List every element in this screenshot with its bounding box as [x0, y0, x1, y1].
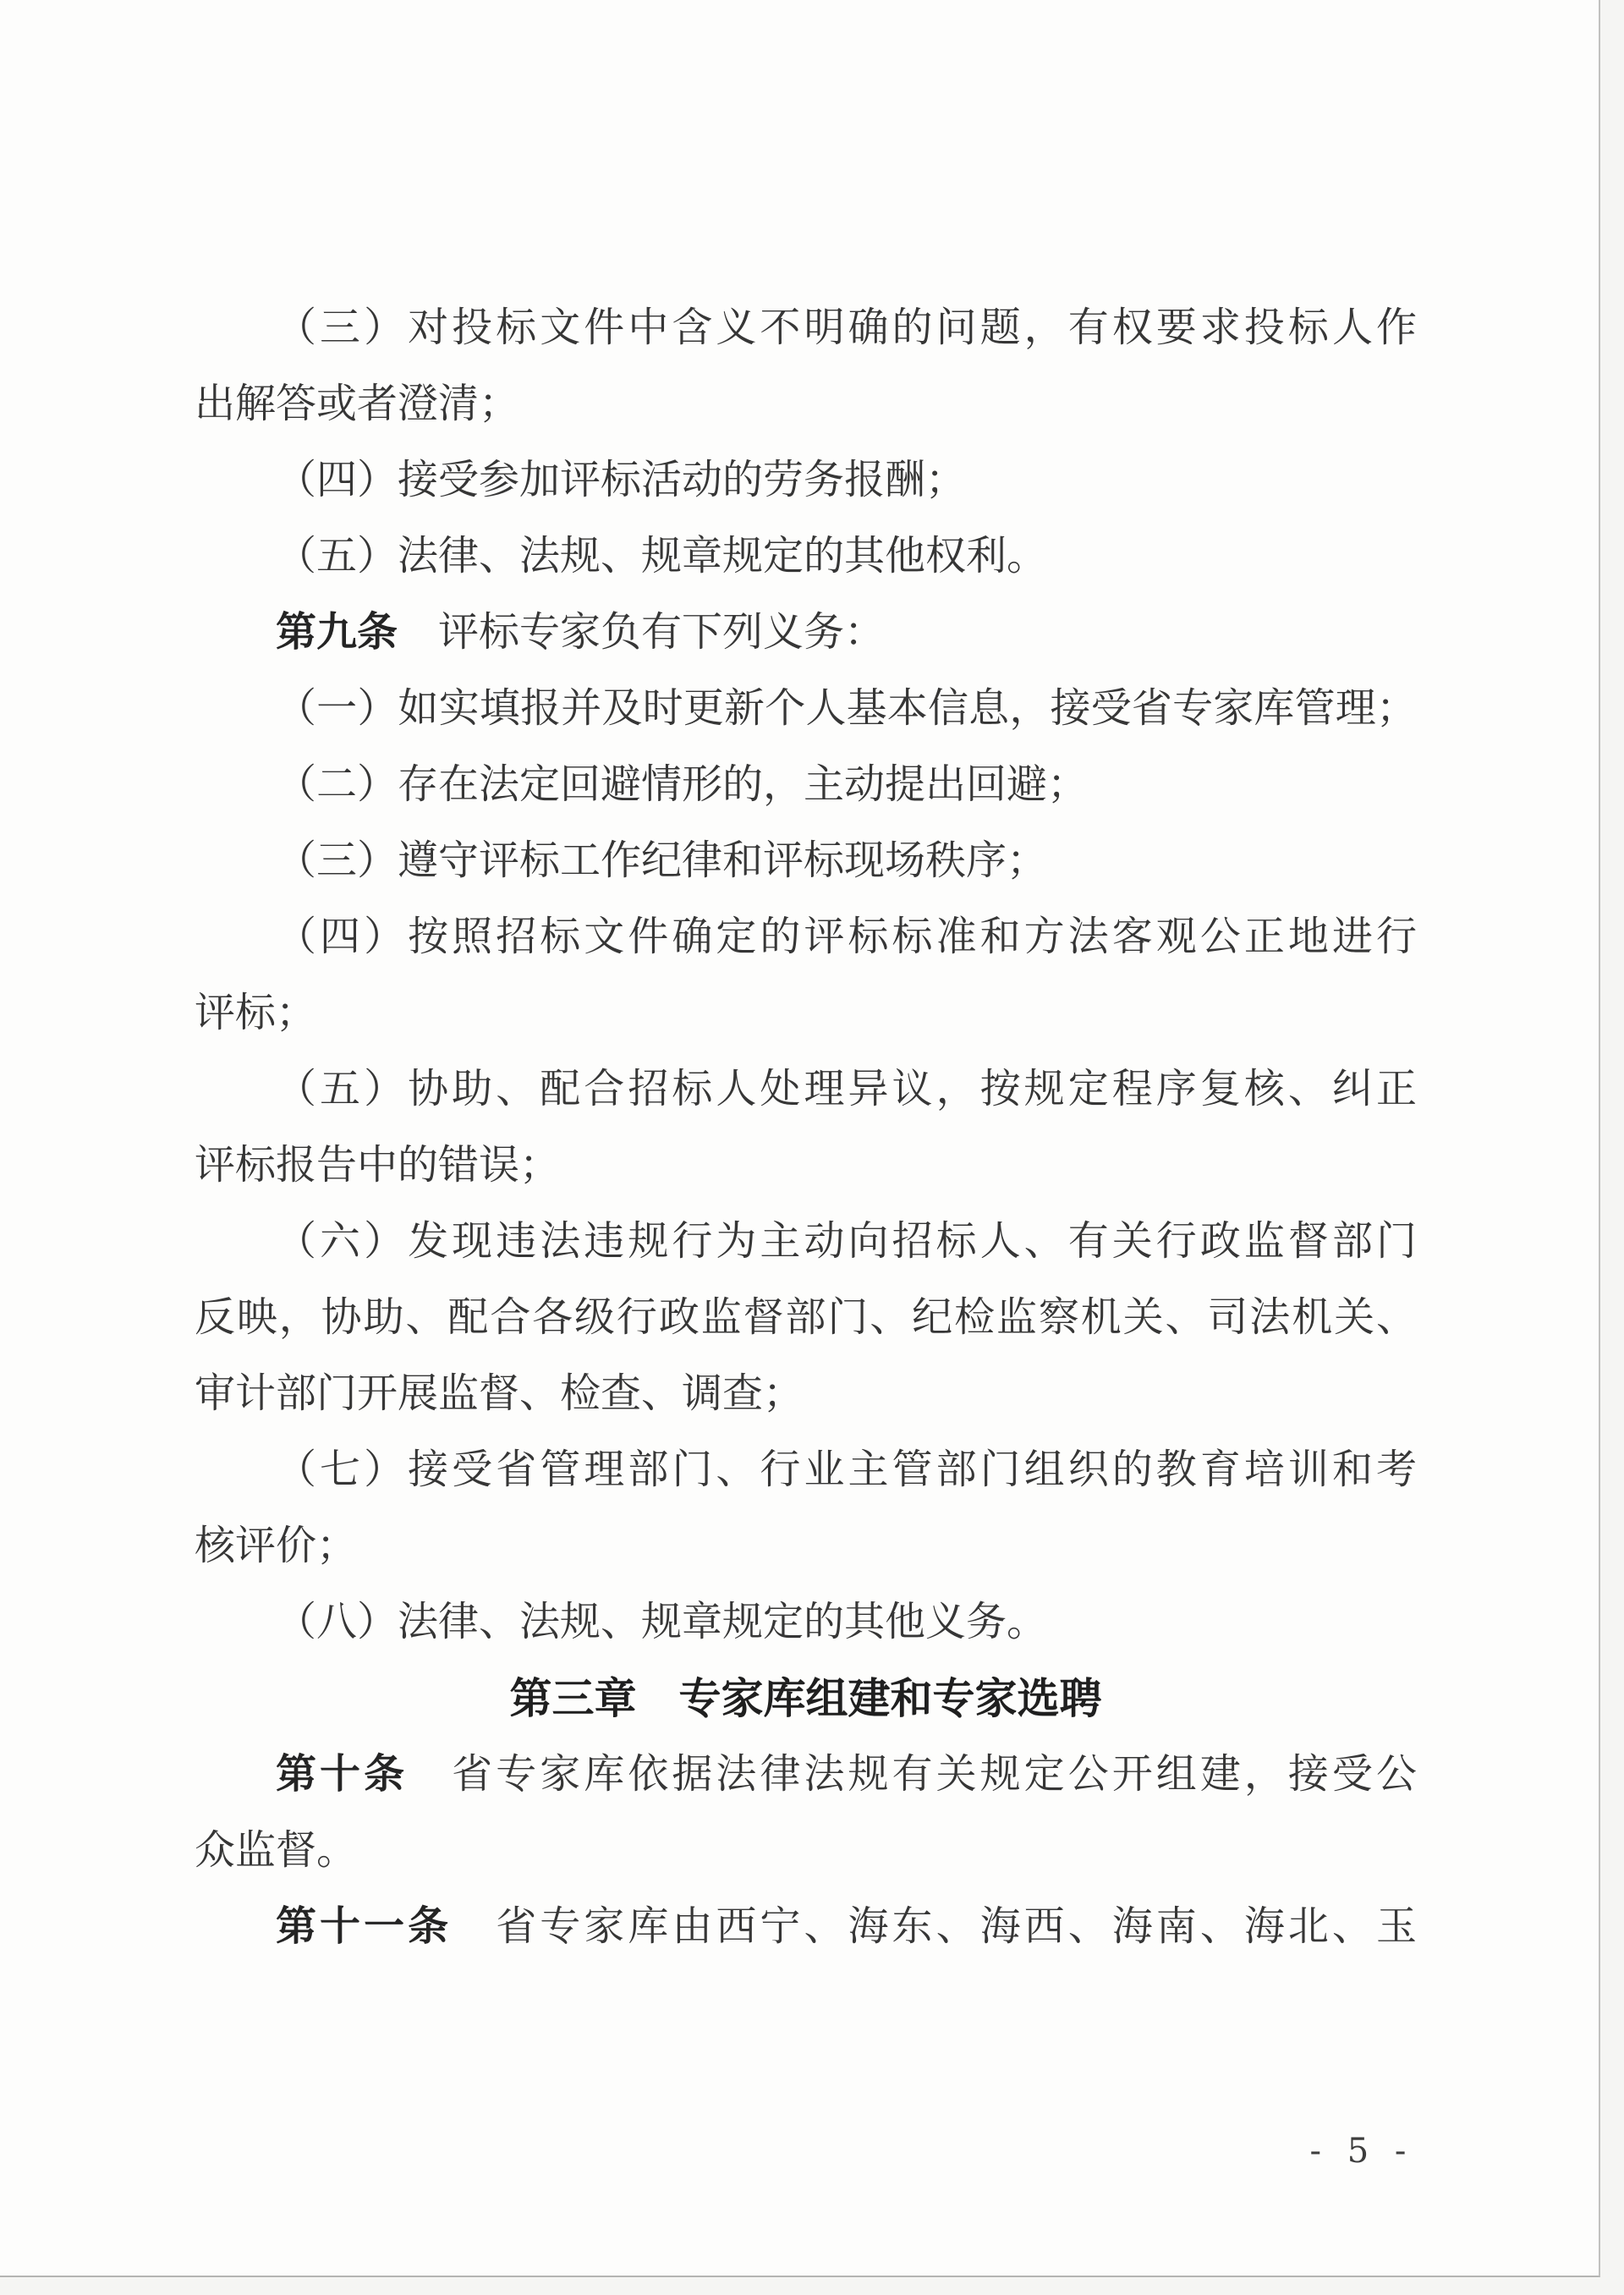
text-line: （七）接受省管理部门、行业主管部门组织的教育培训和考 [195, 1432, 1417, 1508]
article-number: 第十条 [276, 1752, 408, 1797]
text-line: 第十条 省专家库依据法律法规有关规定公开组建，接受公 [195, 1737, 1417, 1813]
article-number: 第九条 [276, 610, 398, 655]
line-text: （八）法律、法规、规章规定的其他义务。 [276, 1600, 1047, 1644]
text-line: 第九条 评标专家负有下列义务： [195, 595, 1417, 671]
line-text: （五）协助、配合招标人处理异议，按规定程序复核、纠正 [276, 1067, 1417, 1112]
line-text: 评标专家负有下列义务： [438, 610, 885, 655]
text-line: （一）如实填报并及时更新个人基本信息，接受省专家库管理； [195, 671, 1417, 747]
text-line: （五）法律、法规、规章规定的其他权利。 [195, 519, 1417, 595]
line-text: （七）接受省管理部门、行业主管部门组织的教育培训和考 [276, 1447, 1417, 1492]
line-text: 省专家库依据法律法规有关规定公开组建，接受公 [452, 1752, 1417, 1797]
text-line: （四）按照招标文件确定的评标标准和方法客观公正地进行 [195, 899, 1417, 975]
line-text: （一）如实填报并及时更新个人基本信息，接受省专家库管理； [276, 686, 1417, 731]
text-line: 第十一条 省专家库由西宁、海东、海西、海南、海北、玉 [195, 1889, 1417, 1965]
line-text: 核评价； [195, 1524, 357, 1568]
line-text: 专家库组建和专家选聘 [679, 1675, 1102, 1722]
line-text: （五）法律、法规、规章规定的其他权利。 [276, 534, 1047, 579]
article-number: 第十一条 [276, 1904, 452, 1949]
text-line: 审计部门开展监督、检查、调查； [195, 1356, 1417, 1432]
line-text: （四）按照招标文件确定的评标标准和方法客观公正地进行 [276, 914, 1417, 959]
line-text: （四）接受参加评标活动的劳务报酬； [276, 458, 966, 502]
text-line: 评标报告中的错误； [195, 1128, 1417, 1204]
document-lines: （三）对投标文件中含义不明确的问题，有权要求投标人作出解答或者澄清；（四）接受参… [195, 290, 1417, 1965]
line-text: （三）对投标文件中含义不明确的问题，有权要求投标人作 [276, 305, 1417, 350]
chapter-heading: 第三章 专家库组建和专家选聘 [195, 1661, 1417, 1737]
scanned-page: （三）对投标文件中含义不明确的问题，有权要求投标人作出解答或者澄清；（四）接受参… [0, 0, 1600, 2277]
chapter-number: 第三章 [510, 1675, 637, 1722]
line-text: 出解答或者澄清； [195, 382, 519, 426]
line-text: 评标报告中的错误； [195, 1143, 560, 1188]
line-text: （三）遵守评标工作纪律和评标现场秩序； [276, 838, 1047, 883]
text-line: 反映，协助、配合各级行政监督部门、纪检监察机关、司法机关、 [195, 1280, 1417, 1356]
text-line: （八）法律、法规、规章规定的其他义务。 [195, 1584, 1417, 1661]
page-number: - 5 - [1273, 2115, 1451, 2188]
text-line: （二）存在法定回避情形的，主动提出回避； [195, 747, 1417, 823]
line-text: 省专家库由西宁、海东、海西、海南、海北、玉 [496, 1904, 1417, 1949]
line-text: 反映，协助、配合各级行政监督部门、纪检监察机关、司法机关、 [195, 1295, 1417, 1340]
text-line: 评标； [195, 975, 1417, 1051]
line-text: （六）发现违法违规行为主动向招标人、有关行政监督部门 [276, 1219, 1417, 1264]
text-line: （六）发现违法违规行为主动向招标人、有关行政监督部门 [195, 1204, 1417, 1280]
text-line: （三）遵守评标工作纪律和评标现场秩序； [195, 823, 1417, 899]
text-line: 众监督。 [195, 1813, 1417, 1889]
text-line: （五）协助、配合招标人处理异议，按规定程序复核、纠正 [195, 1051, 1417, 1128]
text-line: 核评价； [195, 1508, 1417, 1584]
line-text: 评标； [195, 991, 316, 1035]
text-line: （三）对投标文件中含义不明确的问题，有权要求投标人作 [195, 290, 1417, 366]
line-text: （二）存在法定回避情形的，主动提出回避； [276, 762, 1088, 807]
text-line: （四）接受参加评标活动的劳务报酬； [195, 442, 1417, 519]
line-text: 众监督。 [195, 1828, 357, 1873]
text-line: 出解答或者澄清； [195, 366, 1417, 442]
line-text: 审计部门开展监督、检查、调查； [195, 1371, 804, 1416]
